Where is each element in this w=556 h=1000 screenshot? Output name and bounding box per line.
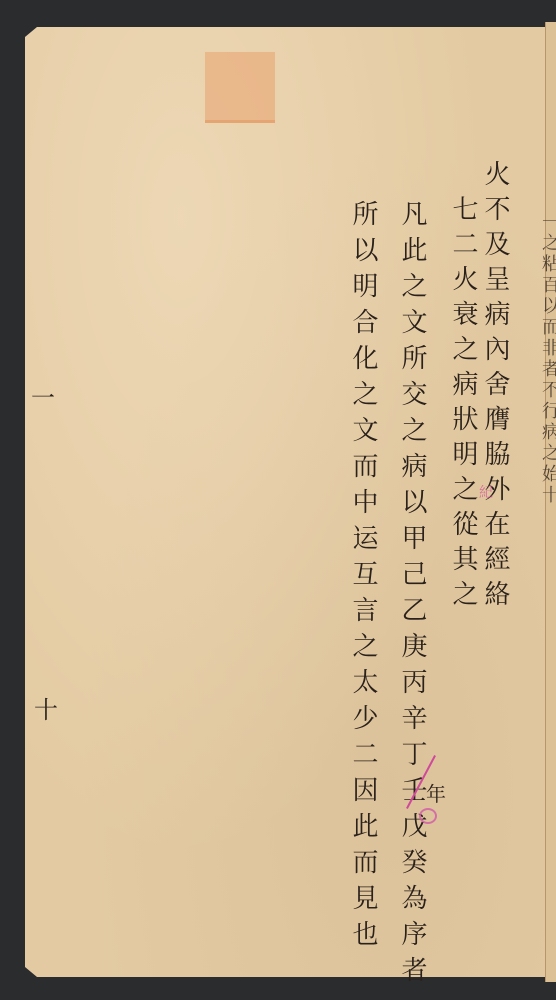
red-correction-annotation: 紀 [479,482,493,502]
inserted-character: 年 [426,778,446,807]
collector-seal [205,52,275,123]
text-column-2: 七二火衰之病狀明之從其之 [448,195,478,615]
text-column-3: 凡此之文所交之病以甲己乙庚丙辛丁壬戊癸為序者 [397,200,427,992]
text-column-1: 火不及呈病內舍膺脇外在經絡 [480,160,510,615]
margin-mark-top: 一 [31,378,55,413]
red-insertion-circle [419,808,437,824]
adjacent-page-edge: 一之粘百以而非者不行病之始十 [545,22,556,982]
text-column-4: 所以明合化之文而中运互言之太少二因此而見也 [348,200,378,956]
margin-mark-bottom: 十 [34,690,58,725]
adjacent-page-text: 一之粘百以而非者不行病之始十 [542,212,556,506]
